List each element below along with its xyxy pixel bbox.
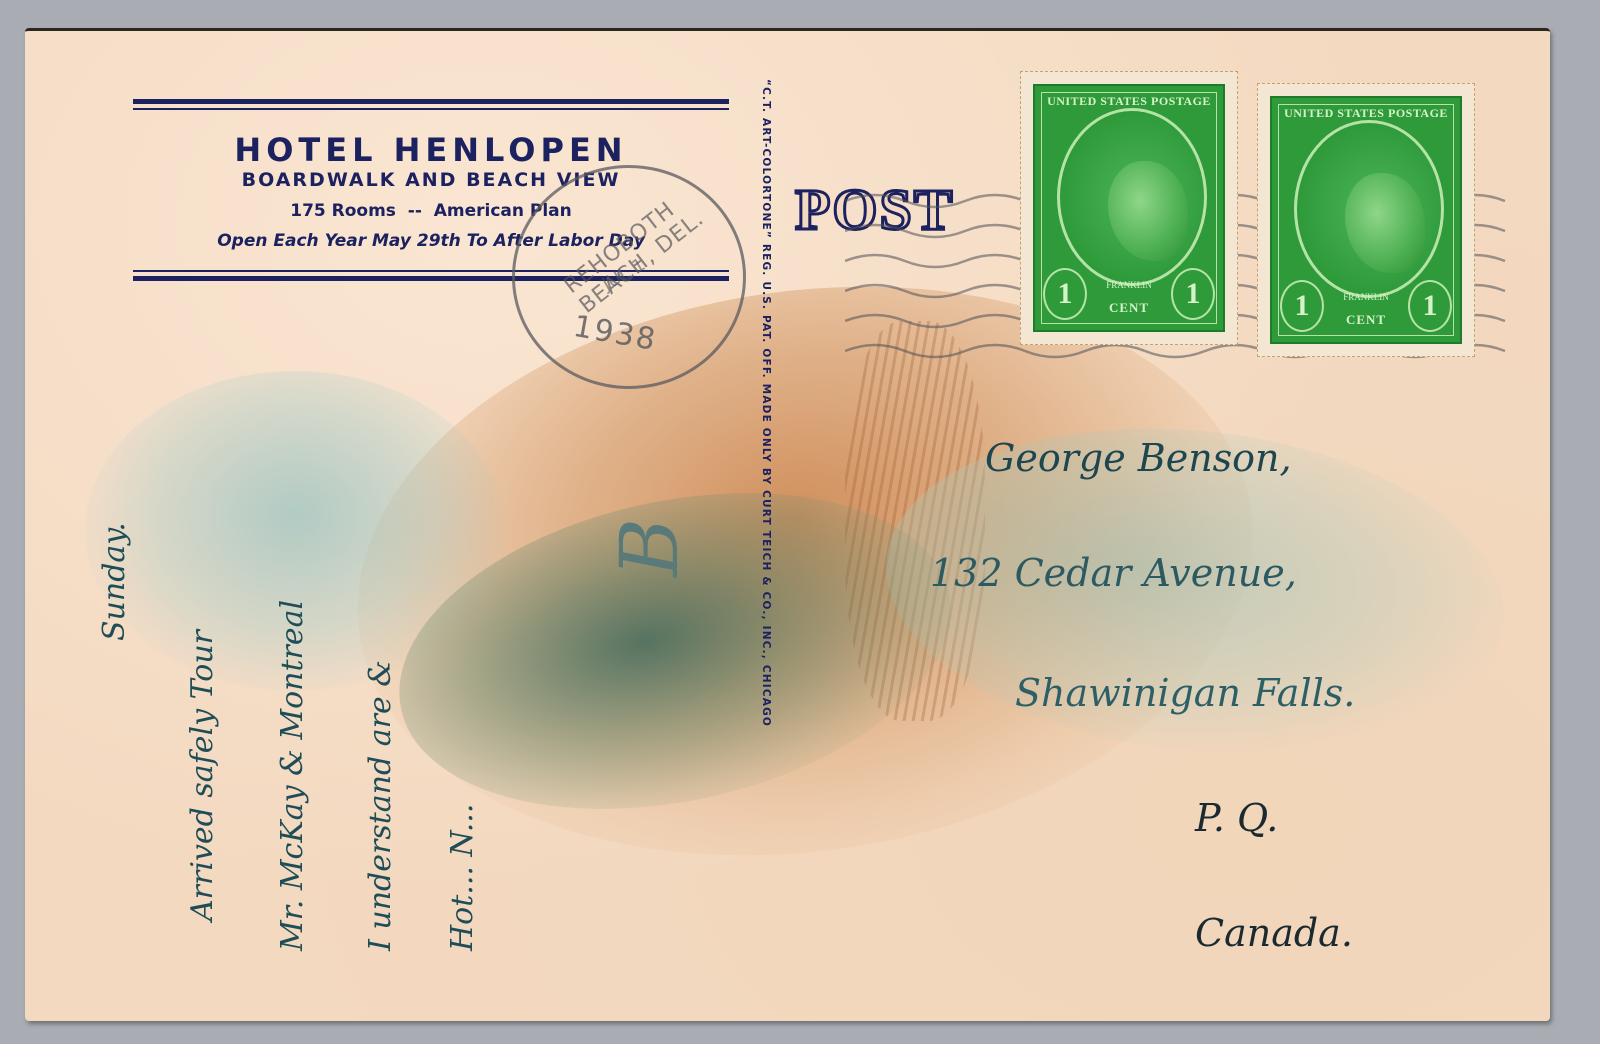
stamp-country: UNITED STATES POSTAGE (1272, 106, 1460, 121)
stamp-country: UNITED STATES POSTAGE (1035, 94, 1223, 109)
stamp-design: UNITED STATES POSTAGE FRANKLIN 1 CENT 1 (1270, 96, 1462, 344)
stamp: UNITED STATES POSTAGE FRANKLIN 1 CENT 1 (1257, 83, 1475, 357)
stamp-portrait-oval (1294, 120, 1444, 298)
stamp-denomination: 1 (1408, 280, 1452, 332)
franklin-portrait-icon (1108, 161, 1188, 261)
address-city: Shawinigan Falls. (1015, 671, 1355, 715)
stamp-denomination: 1 (1171, 268, 1215, 320)
address-country: Canada. (1195, 911, 1353, 955)
stamp-portrait-oval (1057, 108, 1207, 286)
message-line: Mr. McKay & Montreal (275, 351, 310, 951)
header-rule (133, 108, 729, 110)
postmark-year: 1938 (571, 309, 660, 358)
postmark-town: REHOBOTH BEACH, DEL. (560, 163, 739, 318)
address-province: P. Q. (1195, 796, 1278, 840)
header-rule (133, 99, 729, 104)
address-street: 132 Cedar Avenue, (930, 551, 1297, 595)
stamp: UNITED STATES POSTAGE FRANKLIN 1 CENT 1 (1020, 71, 1238, 345)
postmark: REHOBOTH BEACH, DEL. JUL 1 1938 (512, 165, 746, 389)
printer-credit: “C.T. ART-COLORTONE” REG. U.S. PAT. OFF.… (760, 79, 772, 979)
message-line: Sunday. (97, 371, 132, 641)
message-line: Hot... N... (445, 361, 480, 951)
address-name: George Benson, (985, 436, 1292, 480)
message-line: I understand are & (363, 391, 398, 951)
postcard: HOTEL HENLOPEN BOARDWALK AND BEACH VIEW … (25, 28, 1550, 1021)
handwritten-initials: B (603, 518, 696, 577)
message-line: Arrived safely Tour (185, 361, 220, 921)
franklin-portrait-icon (1345, 173, 1425, 273)
hotel-name: HOTEL HENLOPEN (133, 132, 729, 168)
stamp-design: UNITED STATES POSTAGE FRANKLIN 1 CENT 1 (1033, 84, 1225, 332)
